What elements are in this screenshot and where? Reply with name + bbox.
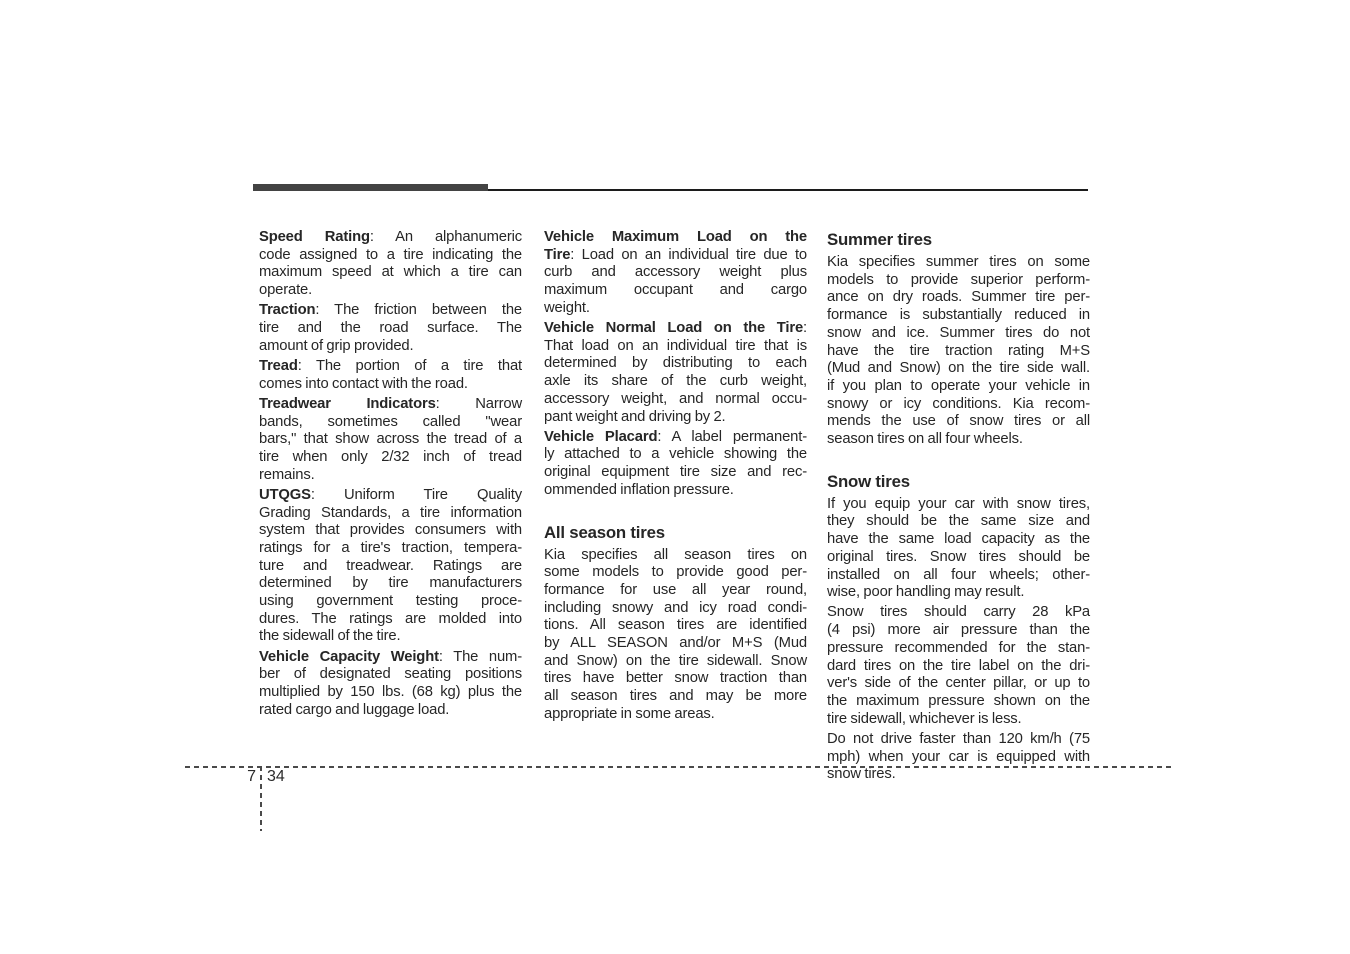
text-line: appropriate in some areas. — [544, 706, 807, 724]
text-line: Grading Standards, a tire information — [259, 505, 522, 523]
text-line: wise, poor handling may result. — [827, 584, 1090, 602]
footer-page-number: 34 — [267, 768, 285, 786]
text-line: snow tires. — [827, 766, 1090, 784]
text-line: pressure recommended for the stan- — [827, 640, 1090, 658]
paragraph: Vehicle Placard: A label permanent-ly at… — [544, 429, 807, 500]
text-line: bars," that show across the tread of a — [259, 431, 522, 449]
text-column-2: Vehicle Maximum Load on theTire: Load on… — [544, 229, 807, 726]
paragraph: Speed Rating: An alphanumericcode assign… — [259, 229, 522, 300]
text-line: installed on all four wheels; other- — [827, 567, 1090, 585]
paragraph: Tread: The portion of a tire thatcomes i… — [259, 358, 522, 393]
text-line: season tires on all four wheels. — [827, 431, 1090, 449]
text-line: That load on an individual tire that is — [544, 338, 807, 356]
text-line: Do not drive faster than 120 km/h (75 — [827, 731, 1090, 749]
text-line: multiplied by 150 lbs. (68 kg) plus the — [259, 684, 522, 702]
text-line: formance is substantially reduced in — [827, 307, 1090, 325]
text-line: tires have better snow traction than — [544, 670, 807, 688]
text-line: If you equip your car with snow tires, — [827, 496, 1090, 514]
text-line: Snow tires should carry 28 kPa — [827, 604, 1090, 622]
text-line: axle its share of the curb weight, — [544, 373, 807, 391]
text-line: ly attached to a vehicle showing the — [544, 446, 807, 464]
text-line: ratings for a tire's traction, tempera- — [259, 540, 522, 558]
text-line: the maximum pressure shown on the — [827, 693, 1090, 711]
text-line: ver's side of the center pillar, or up t… — [827, 675, 1090, 693]
footer-dashed-rule — [185, 766, 1172, 768]
text-line: tire and the road surface. The — [259, 320, 522, 338]
text-line: amount of grip provided. — [259, 338, 522, 356]
text-line: Kia specifies all season tires on — [544, 547, 807, 565]
text-line: code assigned to a tire indicating the — [259, 247, 522, 265]
text-line: snowy or icy conditions. Kia recom- — [827, 396, 1090, 414]
text-column-1: Speed Rating: An alphanumericcode assign… — [259, 229, 522, 722]
section-heading: Summer tires — [827, 230, 1090, 249]
text-line: operate. — [259, 282, 522, 300]
paragraph: Kia specifies all season tires onsome mo… — [544, 547, 807, 724]
paragraph: Vehicle Maximum Load on theTire: Load on… — [544, 229, 807, 318]
text-line: determined by distributing to each — [544, 355, 807, 373]
text-line: UTQGS: Uniform Tire Quality — [259, 487, 522, 505]
paragraph: Snow tires should carry 28 kPa(4 psi) mo… — [827, 604, 1090, 728]
text-line: (4 psi) more air pressure than the — [827, 622, 1090, 640]
text-line: pant weight and driving by 2. — [544, 409, 807, 427]
text-line: using government testing proce- — [259, 593, 522, 611]
text-line: Tire: Load on an individual tire due to — [544, 247, 807, 265]
manual-page: Speed Rating: An alphanumericcode assign… — [0, 0, 1350, 954]
paragraph: UTQGS: Uniform Tire QualityGrading Stand… — [259, 487, 522, 646]
text-line: Kia specifies summer tires on some — [827, 254, 1090, 272]
text-column-3: Summer tiresKia specifies summer tires o… — [827, 229, 1090, 786]
paragraph: Vehicle Normal Load on the Tire:That loa… — [544, 320, 807, 426]
text-line: determined by tire manufacturers — [259, 575, 522, 593]
text-line: ture and treadwear. Ratings are — [259, 558, 522, 576]
text-line: original equipment tire size and rec- — [544, 464, 807, 482]
text-line: maximum occupant and cargo — [544, 282, 807, 300]
footer-chapter-number: 7 — [224, 768, 256, 786]
text-line: if you plan to operate your vehicle in — [827, 378, 1090, 396]
text-line: rated cargo and luggage load. — [259, 702, 522, 720]
text-line: Vehicle Capacity Weight: The num- — [259, 649, 522, 667]
text-line: ance on dry roads. Summer tire per- — [827, 289, 1090, 307]
text-line: some models to provide good per- — [544, 564, 807, 582]
text-line: and Snow) on the tire sidewall. Snow — [544, 653, 807, 671]
text-line: tire sidewall, whichever is less. — [827, 711, 1090, 729]
section-heading: Snow tires — [827, 472, 1090, 491]
text-line: ommended inflation pressure. — [544, 482, 807, 500]
text-line: accessory weight, and normal occu- — [544, 391, 807, 409]
text-line: including snowy and icy road condi- — [544, 600, 807, 618]
text-line: formance for use all year round, — [544, 582, 807, 600]
text-line: ber of designated seating positions — [259, 666, 522, 684]
paragraph: Treadwear Indicators: Narrowbands, somet… — [259, 396, 522, 485]
text-line: Treadwear Indicators: Narrow — [259, 396, 522, 414]
text-line: Vehicle Normal Load on the Tire: — [544, 320, 807, 338]
text-line: curb and accessory weight plus — [544, 264, 807, 282]
text-line: comes into contact with the road. — [259, 376, 522, 394]
text-line: have the tire traction rating M+S — [827, 343, 1090, 361]
text-line: weight. — [544, 300, 807, 318]
text-line: maximum speed at which a tire can — [259, 264, 522, 282]
paragraph: Kia specifies summer tires on somemodels… — [827, 254, 1090, 449]
text-line: tions. All season tires are identified — [544, 617, 807, 635]
text-line: dures. The ratings are molded into — [259, 611, 522, 629]
text-line: mends the use of snow tires or all — [827, 413, 1090, 431]
text-line: remains. — [259, 467, 522, 485]
text-line: dard tires on the tire label on the dri- — [827, 658, 1090, 676]
text-line: Speed Rating: An alphanumeric — [259, 229, 522, 247]
footer-dashed-divider — [260, 766, 262, 831]
text-line: mph) when your car is equipped with — [827, 749, 1090, 767]
header-thin-rule — [488, 189, 1088, 191]
text-line: (Mud and Snow) on the tire side wall. — [827, 360, 1090, 378]
text-line: the sidewall of the tire. — [259, 628, 522, 646]
paragraph: Traction: The friction between thetire a… — [259, 302, 522, 355]
text-line: tire when only 2/32 inch of tread — [259, 449, 522, 467]
text-line: snow and ice. Summer tires do not — [827, 325, 1090, 343]
text-line: Vehicle Placard: A label permanent- — [544, 429, 807, 447]
text-line: original tires. Snow tires should be — [827, 549, 1090, 567]
text-line: Vehicle Maximum Load on the — [544, 229, 807, 247]
text-line: Tread: The portion of a tire that — [259, 358, 522, 376]
text-line: system that provides consumers with — [259, 522, 522, 540]
text-line: have the same load capacity as the — [827, 531, 1090, 549]
header-accent-bar — [253, 184, 488, 191]
text-line: bands, sometimes called "wear — [259, 414, 522, 432]
text-line: all season tires and may be more — [544, 688, 807, 706]
text-line: they should be the same size and — [827, 513, 1090, 531]
paragraph: Vehicle Capacity Weight: The num-ber of … — [259, 649, 522, 720]
text-line: by ALL SEASON and/or M+S (Mud — [544, 635, 807, 653]
paragraph: If you equip your car with snow tires,th… — [827, 496, 1090, 602]
text-line: models to provide superior perform- — [827, 272, 1090, 290]
section-heading: All season tires — [544, 523, 807, 542]
text-line: Traction: The friction between the — [259, 302, 522, 320]
paragraph: Do not drive faster than 120 km/h (75mph… — [827, 731, 1090, 784]
